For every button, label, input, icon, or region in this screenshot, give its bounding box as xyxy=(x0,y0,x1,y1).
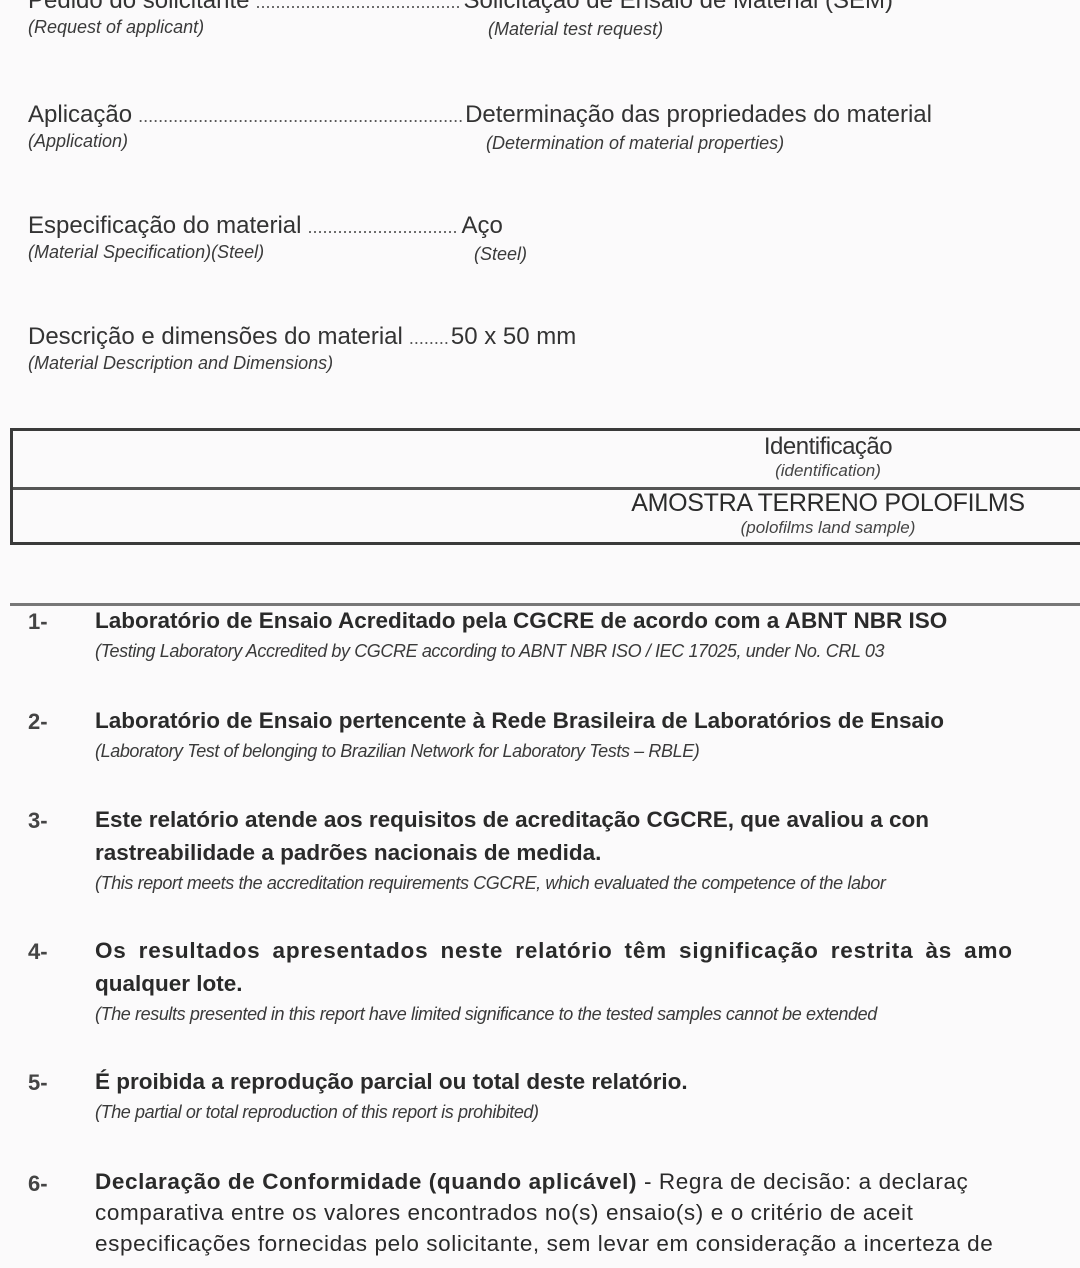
note-text-en: (The results presented in this report ha… xyxy=(95,1004,1080,1025)
identification-value-text: AMOSTRA TERRENO POLOFILMS xyxy=(568,489,1080,518)
field-label-en: (Material Description and Dimensions) xyxy=(28,353,333,374)
field-value-en: (Steel) xyxy=(474,244,527,265)
identification-value-text-en: (polofilms land sample) xyxy=(568,518,1080,538)
note-text-pt: Este relatório atende aos requisitos de … xyxy=(95,803,1080,836)
leader-dots: .......... xyxy=(409,328,449,349)
note-text-pt-rest: - Regra de decisão: a declaraç xyxy=(637,1169,968,1194)
note-number: 5- xyxy=(28,1070,48,1096)
leader-dots: ........................................… xyxy=(138,106,463,127)
identification-value: AMOSTRA TERRENO POLOFILMS (polofilms lan… xyxy=(568,489,1080,538)
field-value: Solicitação de Ensaio de Material (SEM) xyxy=(463,0,893,15)
note-text-pt: Os resultados apresentados neste relatór… xyxy=(95,934,1080,967)
field-value: 50 x 50 mm xyxy=(451,323,576,351)
note-text-en: (The partial or total reproduction of th… xyxy=(95,1102,1080,1123)
note-text-en: (Laboratory Test of belonging to Brazili… xyxy=(95,741,1080,762)
field-material-specification: Especificação do material ..............… xyxy=(28,212,1080,263)
field-value: Aço xyxy=(461,212,502,240)
note-number: 1- xyxy=(28,609,48,635)
identification-header-label: Identificação xyxy=(593,433,1063,461)
field-label-en: (Application) xyxy=(28,131,128,152)
identification-header: Identificação (identification) xyxy=(593,433,1063,481)
note-text-pt: É proibida a reprodução parcial ou total… xyxy=(95,1065,1080,1098)
note-number: 6- xyxy=(28,1171,48,1197)
field-value: Determinação das propriedades do materia… xyxy=(465,101,932,129)
note-text-en: (This report meets the accreditation req… xyxy=(95,873,1080,894)
note-text-pt: Laboratório de Ensaio Acreditado pela CG… xyxy=(95,604,1080,637)
field-application: Aplicação ..............................… xyxy=(28,101,1080,152)
note-text-pt-line2: comparativa entre os valores encontrados… xyxy=(95,1197,1080,1228)
field-label: Descrição e dimensões do material xyxy=(28,323,403,351)
field-label-en: (Material Specification)(Steel) xyxy=(28,242,264,263)
note-text-pt: Laboratório de Ensaio pertencente à Rede… xyxy=(95,704,1080,737)
field-value-en: (Determination of material properties) xyxy=(486,133,784,154)
note-text-pt-line3: especificações fornecidas pelo solicitan… xyxy=(95,1228,1080,1259)
note-text-pt-bold: Declaração de Conformidade (quando aplic… xyxy=(95,1169,637,1194)
identification-header-label-en: (identification) xyxy=(593,461,1063,481)
note-number: 2- xyxy=(28,709,48,735)
identification-table: Identificação (identification) AMOSTRA T… xyxy=(10,428,1080,545)
field-material-description: Descrição e dimensões do material ......… xyxy=(28,323,1080,374)
field-label-en: (Request of applicant) xyxy=(28,17,204,38)
leader-dots: ........................................… xyxy=(307,217,459,238)
field-label: Aplicação xyxy=(28,101,132,129)
note-number: 4- xyxy=(28,939,48,965)
field-value-en: (Material test request) xyxy=(488,19,663,40)
note-text-pt: Declaração de Conformidade (quando aplic… xyxy=(95,1166,1080,1197)
note-text-pt-line2: qualquer lote. xyxy=(95,967,1080,1000)
field-label: Pedido do solicitante xyxy=(28,0,249,15)
field-request-of-applicant: Pedido do solicitante ..................… xyxy=(28,0,1080,38)
note-number: 3- xyxy=(28,808,48,834)
leader-dots: ........................................… xyxy=(255,0,461,13)
note-text-en: (Testing Laboratory Accredited by CGCRE … xyxy=(95,641,1080,662)
note-text-pt-line2: rastreabilidade a padrões nacionais de m… xyxy=(95,836,1080,869)
field-label: Especificação do material xyxy=(28,212,301,240)
